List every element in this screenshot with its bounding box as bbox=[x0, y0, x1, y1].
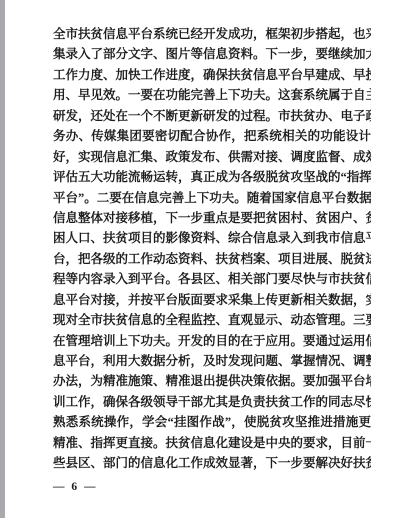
text-line: 全市扶贫信息平台系统已经开发成功，框架初步搭起，也采 bbox=[53, 24, 371, 44]
body-text: 全市扶贫信息平台系统已经开发成功，框架初步搭起，也采集录入了部分文字、图片等信息… bbox=[53, 24, 371, 474]
text-line: 训工作，确保各级领导干部尤其是负责扶贫工作的同志尽快 bbox=[53, 392, 371, 412]
text-line: 好，实现信息汇集、政策发布、供需对接、调度监督、成效 bbox=[53, 147, 371, 167]
text-line: 研发，还处在一个不断更新研发的过程。市扶贫办、电子政 bbox=[53, 106, 371, 126]
text-line: 集录入了部分文字、图片等信息资料。下一步，要继续加大 bbox=[53, 44, 371, 64]
text-line: 信息整体对接移植，下一步重点是要把贫困村、贫困户、贫 bbox=[53, 208, 371, 228]
text-line: 程等内容录入到平台。各县区、相关部门要尽快与市扶贫信 bbox=[53, 269, 371, 289]
document-page: 全市扶贫信息平台系统已经开发成功，框架初步搭起，也采集录入了部分文字、图片等信息… bbox=[0, 0, 414, 525]
text-line: 现对全市扶贫信息的全程监控、直观显示、动态管理。三要 bbox=[53, 310, 371, 330]
text-line: 务办、传媒集团要密切配合协作，把系统相关的功能设计 bbox=[53, 126, 371, 146]
text-line: 熟悉系统操作，学会“挂图作战”，使脱贫攻坚推进措施更 bbox=[53, 412, 371, 432]
text-line: 精准、指挥更直接。扶贫信息化建设是中央的要求，目前一 bbox=[53, 433, 371, 453]
text-line: 台，把各级的工作动态资料、扶贫档案、项目进展、脱贫进 bbox=[53, 249, 371, 269]
text-line: 平台”。二要在信息完善上下功夫。随着国家信息平台数据 bbox=[53, 188, 371, 208]
scan-edge-artifact bbox=[0, 0, 5, 518]
text-line: 工作力度、加快工作进度，确保扶贫信息平台早建成、早投 bbox=[53, 65, 371, 85]
page-number: — 6 — bbox=[53, 481, 371, 493]
text-line: 息平台，利用大数据分析，及时发现问题、掌握情况、调整 bbox=[53, 351, 371, 371]
page-content: 全市扶贫信息平台系统已经开发成功，框架初步搭起，也采集录入了部分文字、图片等信息… bbox=[53, 24, 371, 493]
text-line: 些县区、部门的信息化工作成效显著，下一步要解决好扶贫 bbox=[53, 453, 371, 473]
text-line: 息平台对接，并按平台版面要求采集上传更新相关数据，实 bbox=[53, 290, 371, 310]
text-line: 评估五大功能流畅运转，真正成为各级脱贫攻坚战的“指挥 bbox=[53, 167, 371, 187]
text-line: 用、早见效。一要在功能完善上下功夫。这套系统属于自主 bbox=[53, 85, 371, 105]
text-line: 在管理培训上下功夫。开发的目的在于应用。要通过运用信 bbox=[53, 331, 371, 351]
text-line: 办法，为精准施策、精准退出提供决策依据。要加强平台培 bbox=[53, 371, 371, 391]
text-line: 困人口、扶贫项目的影像资料、综合信息录入到我市信息平 bbox=[53, 228, 371, 248]
